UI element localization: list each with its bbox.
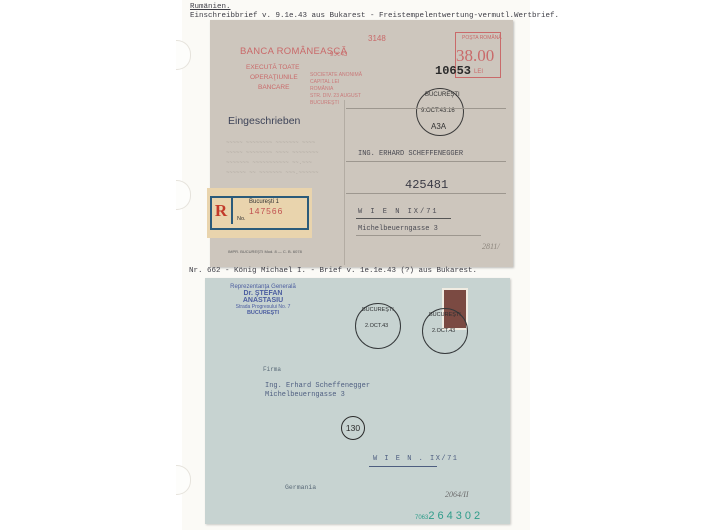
meter-date: 9.X.43 xyxy=(330,52,347,58)
recipient-street: Michelbeuerngasse 3 xyxy=(265,391,345,399)
recipient-city: W I E N IX/71 xyxy=(358,208,439,216)
faint-typed-text: ~~~~~ ~~~~~~~~ ~~~~~~~ ~~~~~~~~~ ~~~~~~~… xyxy=(226,138,318,178)
pencil-note: 2811/ xyxy=(482,242,500,251)
meter-number: 3148 xyxy=(368,34,386,43)
printer-imprint: IMPR. BUCUREŞTI Mod. 8 — C. B. 6078 xyxy=(228,249,302,254)
bank-line: BANCARE xyxy=(258,84,289,91)
meter-header: POŞTA ROMÂNĂ xyxy=(462,35,502,41)
firma-label: Firma xyxy=(263,366,281,373)
cover-envelope: Reprezentanţa Generală Dr. ŞTEFAN ANASTA… xyxy=(205,278,510,524)
r-letter: R xyxy=(211,198,233,224)
sender-address: Reprezentanţa Generală Dr. ŞTEFAN ANASTA… xyxy=(223,284,303,316)
r-label-number: 147566 xyxy=(249,206,283,216)
registration-number: 10653 xyxy=(435,64,471,78)
meter-value: 38.00 xyxy=(456,46,494,66)
handwritten-number: 425481 xyxy=(405,178,448,192)
recipient-street: Michelbeuerngasse 3 xyxy=(358,225,438,233)
censor-mark: 130 xyxy=(341,416,365,440)
postmark-2: BUCUREŞTI 2.OCT.43 xyxy=(422,308,468,354)
divider xyxy=(344,100,345,265)
recipient-city: W I E N . IX/71 xyxy=(373,455,459,463)
bank-line: EXECUTĂ TOATE xyxy=(246,64,299,71)
r-label-no: No. xyxy=(237,216,246,222)
r-label-office: Bucureşti 1 xyxy=(249,199,279,205)
recipient-name: ING. ERHARD SCHEFFENEGGER xyxy=(358,150,463,158)
recipient-name: Ing. Erhard Scheffenegger xyxy=(265,382,370,390)
page-heading: Rumänien. xyxy=(190,3,231,11)
registered-label: Eingeschrieben xyxy=(228,115,300,127)
registered-cover-envelope: BANCA ROMÂNEASCĂ EXECUTĂ TOATE OPERAŢIUN… xyxy=(210,20,513,267)
postmark: BUCUREŞTI 9.OCT.43.16 A3A xyxy=(416,88,464,136)
registration-label: R Bucureşti 1 147566 No. xyxy=(207,188,312,238)
recipient-country: Germania xyxy=(285,484,316,491)
meter-currency: LEI xyxy=(474,69,483,75)
pencil-note: 2064/II xyxy=(445,490,469,499)
item2-caption: Nr. 662 - König Michael I. - Brief v. 1e… xyxy=(189,267,477,275)
bank-line: OPERAŢIUNILE xyxy=(250,74,298,81)
item1-caption: Einschreibbrief v. 9.1e.43 aus Bukarest … xyxy=(190,12,559,20)
postmark-1: BUCUREŞTI 2.OCT.43 xyxy=(355,303,401,349)
green-number-stamp: 7063264302 xyxy=(415,506,483,524)
